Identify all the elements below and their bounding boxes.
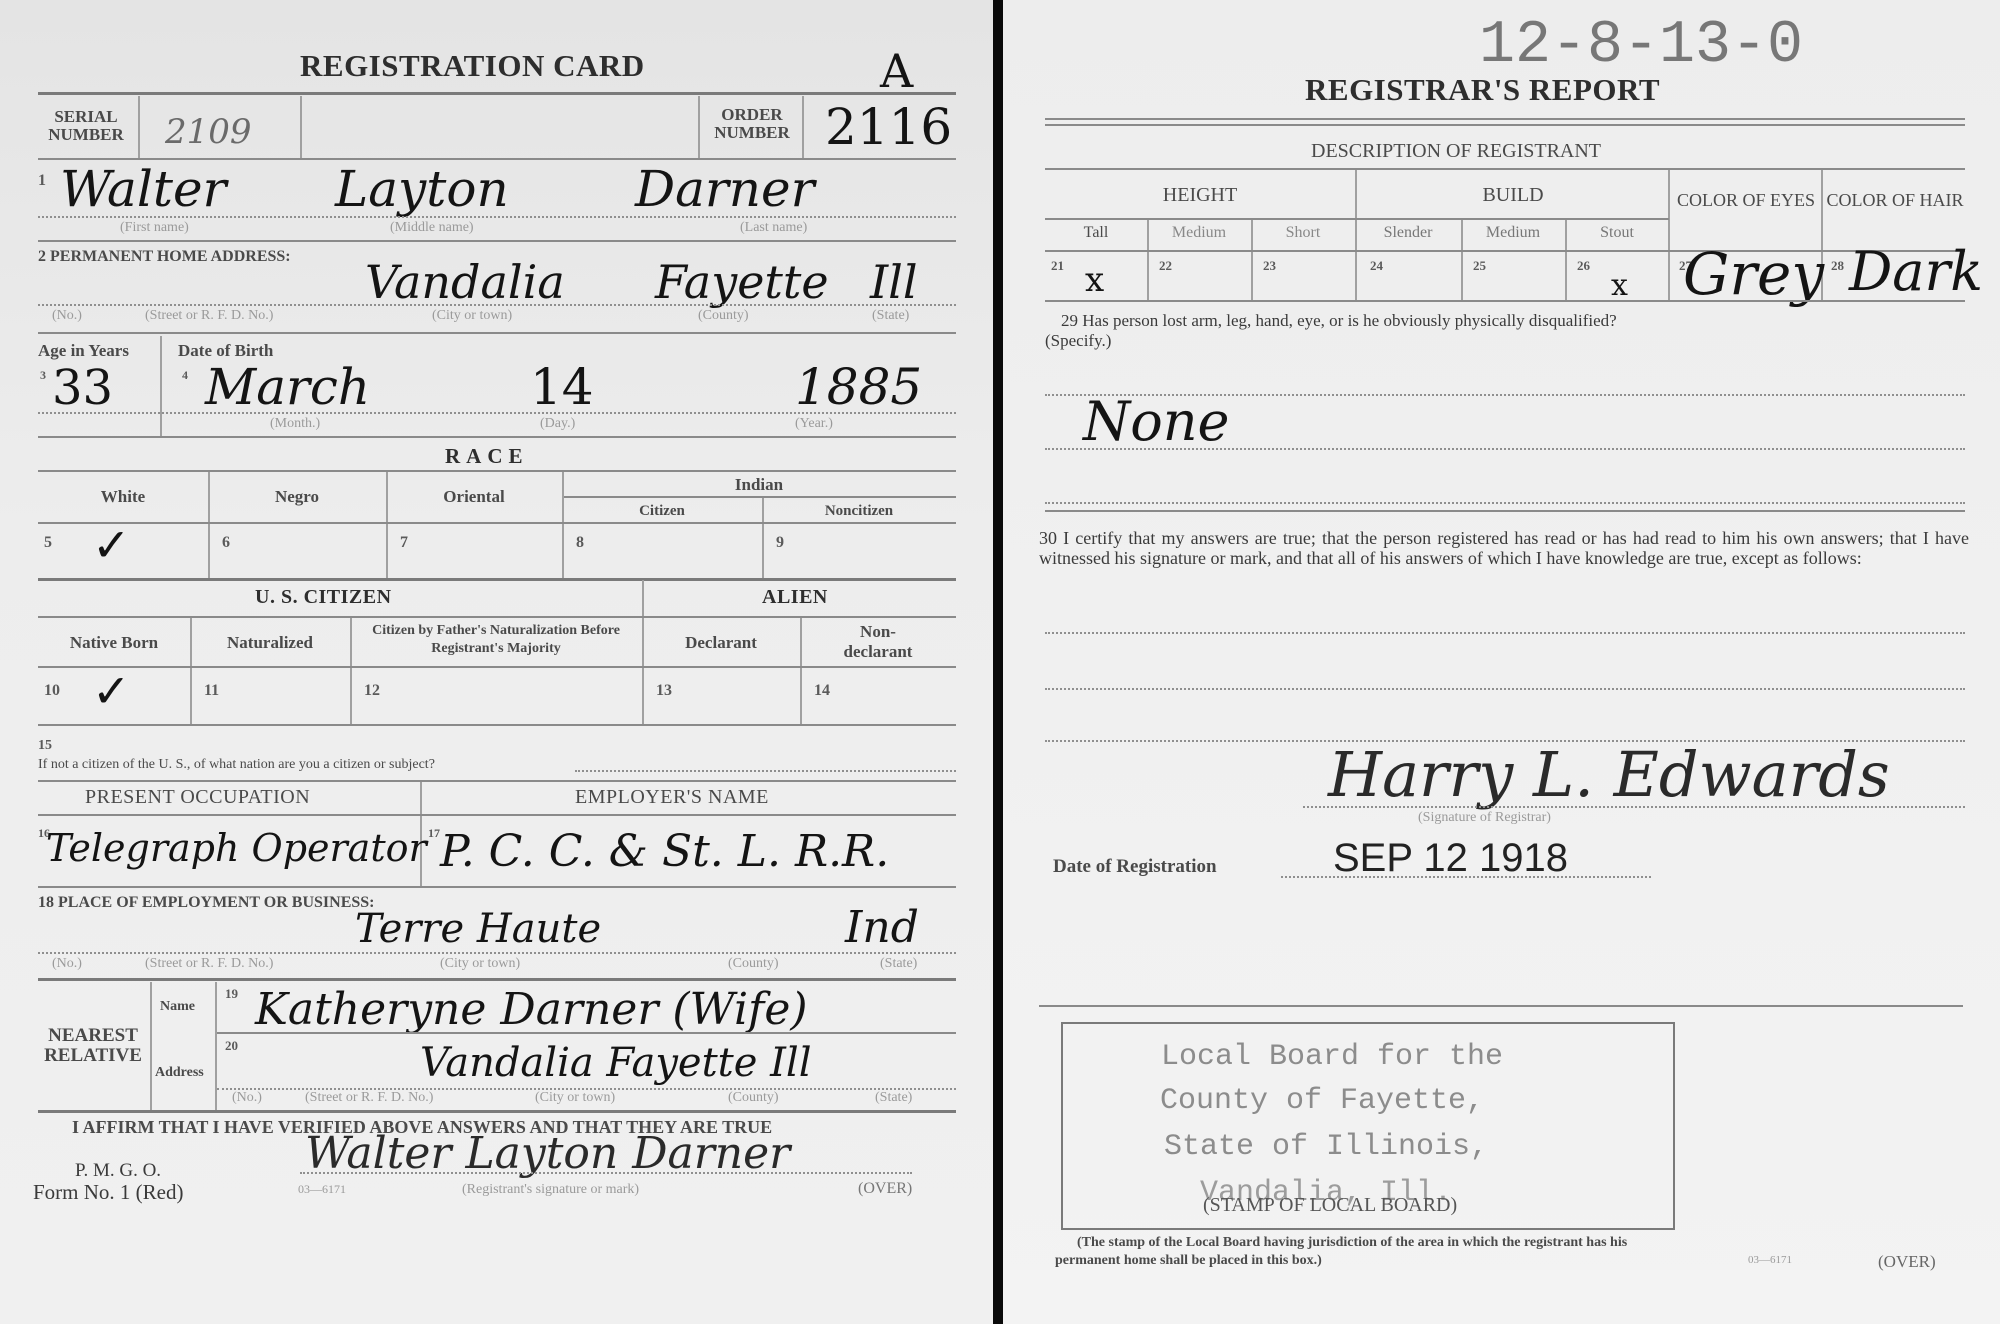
dotted-line [1045, 688, 1965, 690]
build-medium-label: Medium [1461, 224, 1565, 242]
divider [38, 92, 956, 95]
dotted-line [1045, 502, 1965, 504]
report-title: REGISTRAR'S REPORT [1305, 72, 1660, 108]
age-value: 33 [52, 360, 113, 416]
first-name-value: Walter [60, 160, 226, 218]
occupation-heading: PRESENT OCCUPATION [85, 786, 310, 809]
specify-label: (Specify.) [1045, 332, 1111, 350]
eye-color-value: Grey [1683, 240, 1824, 308]
divider [215, 982, 217, 1110]
divider [38, 470, 956, 472]
over-indicator: (OVER) [1878, 1252, 1936, 1272]
divider [38, 578, 956, 581]
build-stout-mark: x [1611, 268, 1628, 303]
disqualification-value: None [1083, 390, 1230, 453]
divider [1045, 118, 1965, 120]
form-agency: P. M. G. O. [75, 1160, 161, 1182]
field-number: 9 [776, 534, 784, 552]
race-indian-label: Indian [562, 476, 956, 494]
field-number: 13 [656, 682, 672, 700]
address-state-caption: (State) [875, 1090, 912, 1106]
divider [802, 96, 804, 158]
divider [138, 96, 140, 158]
dob-day-caption: (Day.) [540, 416, 575, 432]
race-negro-label: Negro [208, 488, 386, 506]
address-county-caption: (County) [728, 1090, 779, 1106]
order-number-label: ORDER NUMBER [706, 106, 798, 142]
home-state-value: Ill [870, 255, 918, 309]
field-number: 23 [1263, 258, 1276, 274]
divider [698, 96, 700, 158]
address-no-caption: (No.) [52, 308, 82, 324]
middle-name-value: Layton [335, 160, 509, 218]
divider [1045, 510, 1965, 512]
field-number: 5 [44, 534, 52, 552]
form-number: Form No. 1 (Red) [33, 1180, 184, 1205]
registrars-report-card: 12-8-13-0 REGISTRAR'S REPORT DESCRIPTION… [1003, 0, 2000, 1324]
father-naturalization-label: Citizen by Father's Naturalization Befor… [360, 622, 632, 658]
alien-heading: ALIEN [762, 586, 828, 609]
nationality-question: If not a citizen of the U. S., of what n… [38, 756, 435, 774]
race-white-checkmark: ✓ [92, 518, 131, 572]
card-title: REGISTRATION CARD [300, 48, 645, 84]
divider [1045, 250, 1965, 252]
us-citizen-heading: U. S. CITIZEN [255, 586, 392, 609]
naturalized-label: Naturalized [190, 634, 350, 652]
address-city-caption: (City or town) [440, 956, 520, 972]
height-short-label: Short [1251, 224, 1355, 242]
field-number: 11 [204, 682, 219, 700]
race-heading: RACE [445, 444, 529, 469]
divider [800, 618, 802, 724]
build-heading: BUILD [1358, 186, 1668, 204]
description-heading: DESCRIPTION OF REGISTRANT [1311, 142, 1601, 160]
native-born-label: Native Born [38, 634, 190, 652]
field-number: 25 [1473, 258, 1486, 274]
home-city-value: Vandalia [365, 255, 565, 309]
dob-year-caption: (Year.) [795, 416, 833, 432]
divider [1045, 124, 1965, 126]
declarant-label: Declarant [642, 634, 800, 652]
address-street-caption: (Street or R. F. D. No.) [145, 956, 273, 972]
address-no-caption: (No.) [232, 1090, 262, 1106]
stamp-line: Local Board for the [1161, 1040, 1503, 1074]
divider [160, 336, 162, 436]
field-number: 12 [364, 682, 380, 700]
certification-text: 30 I certify that my answers are true; t… [1039, 528, 1969, 568]
dotted-line [1045, 632, 1965, 634]
address-city-caption: (City or town) [535, 1090, 615, 1106]
form-code: 03—6171 [1748, 1254, 1792, 1266]
serial-number-label: SERIAL NUMBER [38, 108, 134, 144]
stamp-line: County of Fayette, [1160, 1084, 1484, 1118]
dotted-line [38, 412, 956, 414]
dob-year-value: 1885 [795, 358, 922, 416]
employment-city-value: Terre Haute [355, 906, 601, 952]
hair-color-value: Dark [1849, 240, 1983, 303]
divider [38, 1110, 956, 1113]
divider [300, 96, 302, 158]
last-name-value: Darner [635, 160, 815, 218]
divider [38, 616, 956, 618]
last-name-caption: (Last name) [740, 220, 807, 236]
dob-day-value: 14 [530, 358, 594, 416]
relative-name-label: Name [160, 998, 195, 1016]
dob-month-caption: (Month.) [270, 416, 320, 432]
first-name-caption: (First name) [120, 220, 189, 236]
height-tall-label: Tall [1045, 224, 1147, 242]
height-tall-mark: x [1085, 260, 1104, 300]
race-oriental-label: Oriental [386, 488, 562, 506]
field-number: 21 [1051, 258, 1064, 274]
registration-card: REGISTRATION CARD A SERIAL NUMBER 2109 O… [0, 0, 993, 1324]
stamp-caption: (STAMP OF LOCAL BOARD) [1203, 1196, 1457, 1214]
divider [38, 780, 956, 782]
dotted-line [1303, 806, 1965, 808]
height-heading: HEIGHT [1045, 186, 1355, 204]
stamped-number: 12-8-13-0 [1479, 12, 1803, 80]
order-number-value: 2116 [825, 98, 952, 156]
divider [1045, 218, 1669, 220]
divider [38, 724, 956, 726]
home-county-value: Fayette [655, 255, 829, 309]
field-number: 7 [400, 534, 408, 552]
registration-date-label: Date of Registration [1053, 858, 1217, 876]
relative-name-value: Katheryne Darner (Wife) [255, 984, 808, 1035]
native-born-checkmark: ✓ [92, 664, 131, 718]
divider [1355, 170, 1357, 300]
relative-address-value: Vandalia Fayette Ill [420, 1040, 812, 1086]
field-number: 14 [814, 682, 830, 700]
home-address-label: 2 PERMANENT HOME ADDRESS: [38, 248, 291, 266]
field-number: 24 [1370, 258, 1383, 274]
field-number: 20 [225, 1038, 238, 1054]
divider [1045, 168, 1965, 170]
field-number: 4 [182, 368, 188, 383]
dotted-line [1045, 448, 1965, 450]
employer-value: P. C. C. & St. L. R.R. [440, 826, 889, 877]
registrar-signature-caption: (Signature of Registrar) [1418, 810, 1551, 826]
divider [642, 580, 644, 724]
field-number: 15 [38, 738, 52, 754]
height-medium-label: Medium [1147, 224, 1251, 242]
dotted-line [575, 770, 956, 772]
dotted-line [300, 1172, 912, 1174]
field-number: 8 [576, 534, 584, 552]
divider [217, 1032, 956, 1034]
employment-place-label: 18 PLACE OF EMPLOYMENT OR BUSINESS: [38, 894, 374, 912]
build-slender-label: Slender [1358, 224, 1458, 242]
divider [38, 332, 956, 334]
address-city-caption: (City or town) [432, 308, 512, 324]
address-state-caption: (State) [872, 308, 909, 324]
divider [150, 982, 152, 1110]
form-code: 03—6171 [298, 1182, 346, 1197]
employment-state-value: Ind [845, 902, 919, 953]
divider [38, 436, 956, 438]
registrar-signature: Harry L. Edwards [1328, 738, 1890, 811]
race-indian-noncitizen-label: Noncitizen [762, 502, 956, 520]
divider [564, 496, 956, 498]
eye-color-heading: COLOR OF EYES [1671, 190, 1821, 210]
address-state-caption: (State) [880, 956, 917, 972]
divider [38, 666, 956, 668]
divider [38, 978, 956, 981]
dob-month-value: March [205, 358, 370, 416]
stamp-instructions: (The stamp of the Local Board having jur… [1055, 1234, 1675, 1270]
divider [38, 886, 956, 888]
field-number: 17 [428, 826, 440, 841]
over-indicator: (OVER) [858, 1180, 912, 1198]
field-number: 1 [38, 172, 46, 190]
field-number: 6 [222, 534, 230, 552]
address-county-caption: (County) [698, 308, 749, 324]
field-number: 19 [225, 986, 238, 1002]
dotted-line [38, 952, 956, 954]
dotted-line [38, 216, 956, 218]
race-white-label: White [38, 488, 208, 506]
address-street-caption: (Street or R. F. D. No.) [145, 308, 273, 324]
signature-caption: (Registrant's signature or mark) [462, 1182, 639, 1198]
divider [350, 618, 352, 724]
nearest-relative-label: NEAREST RELATIVE [38, 1026, 148, 1066]
dotted-line [38, 304, 956, 306]
disqualification-question: 29 Has person lost arm, leg, hand, eye, … [1061, 312, 1617, 330]
race-indian-citizen-label: Citizen [562, 502, 762, 520]
middle-name-caption: (Middle name) [390, 220, 474, 236]
build-stout-label: Stout [1565, 224, 1669, 242]
field-number: 22 [1159, 258, 1172, 274]
serial-number-value: 2109 [165, 112, 252, 152]
divider [1039, 1005, 1963, 1007]
field-number: 10 [44, 682, 60, 700]
address-no-caption: (No.) [52, 956, 82, 972]
registration-date-value: SEP 12 1918 [1333, 836, 1568, 881]
divider [38, 240, 956, 242]
stamp-line: State of Illinois, [1164, 1130, 1488, 1164]
card-class-letter: A [880, 44, 913, 98]
address-street-caption: (Street or R. F. D. No.) [305, 1090, 433, 1106]
relative-address-label: Address [155, 1064, 204, 1082]
field-number: 28 [1831, 258, 1844, 274]
employer-heading: EMPLOYER'S NAME [575, 786, 769, 809]
field-number: 26 [1577, 258, 1590, 274]
hair-color-heading: COLOR OF HAIR [1825, 190, 1965, 210]
field-number: 3 [40, 368, 46, 383]
divider [38, 522, 956, 524]
age-label: Age in Years [38, 342, 129, 360]
divider [38, 814, 956, 816]
occupation-value: Telegraph Operator [46, 826, 427, 870]
address-county-caption: (County) [728, 956, 779, 972]
divider [1045, 300, 1965, 302]
non-declarant-label: Non-declarant [830, 622, 926, 662]
